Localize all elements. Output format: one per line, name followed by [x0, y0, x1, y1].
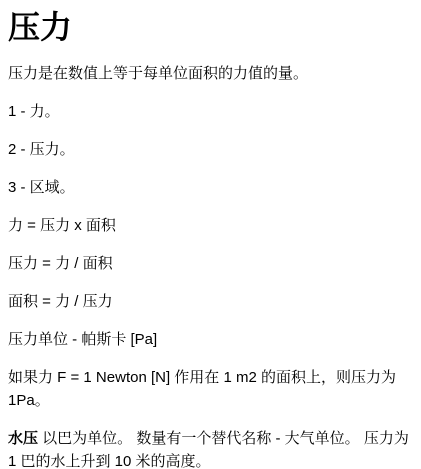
formula-force: 力 = 压力 x 面积	[8, 214, 413, 237]
definition-item-force: 1 - 力。	[8, 100, 413, 123]
formula-area: 面积 = 力 / 压力	[8, 290, 413, 313]
page-title: 压力	[8, 8, 413, 46]
intro-paragraph: 压力是在数值上等于每单位面积的力值的量。	[8, 62, 413, 85]
water-pressure-lead: 水压	[8, 430, 38, 447]
unit-line: 压力单位 - 帕斯卡 [Pa]	[8, 328, 413, 351]
example-paragraph: 如果力 F = 1 Newton [N] 作用在 1 m2 的面积上，则压力为 …	[8, 366, 413, 412]
article-page: 压力 压力是在数值上等于每单位面积的力值的量。 1 - 力。 2 - 压力。 3…	[0, 0, 421, 469]
formula-pressure: 压力 = 力 / 面积	[8, 252, 413, 275]
water-pressure-paragraph: 水压 以巴为单位。 数量有一个替代名称 - 大气单位。 压力为 1 巴的水上升到…	[8, 427, 413, 469]
water-pressure-text: 以巴为单位。 数量有一个替代名称 - 大气单位。 压力为 1 巴的水上升到 10…	[8, 430, 409, 469]
definition-item-area: 3 - 区域。	[8, 176, 413, 199]
definition-item-pressure: 2 - 压力。	[8, 138, 413, 161]
